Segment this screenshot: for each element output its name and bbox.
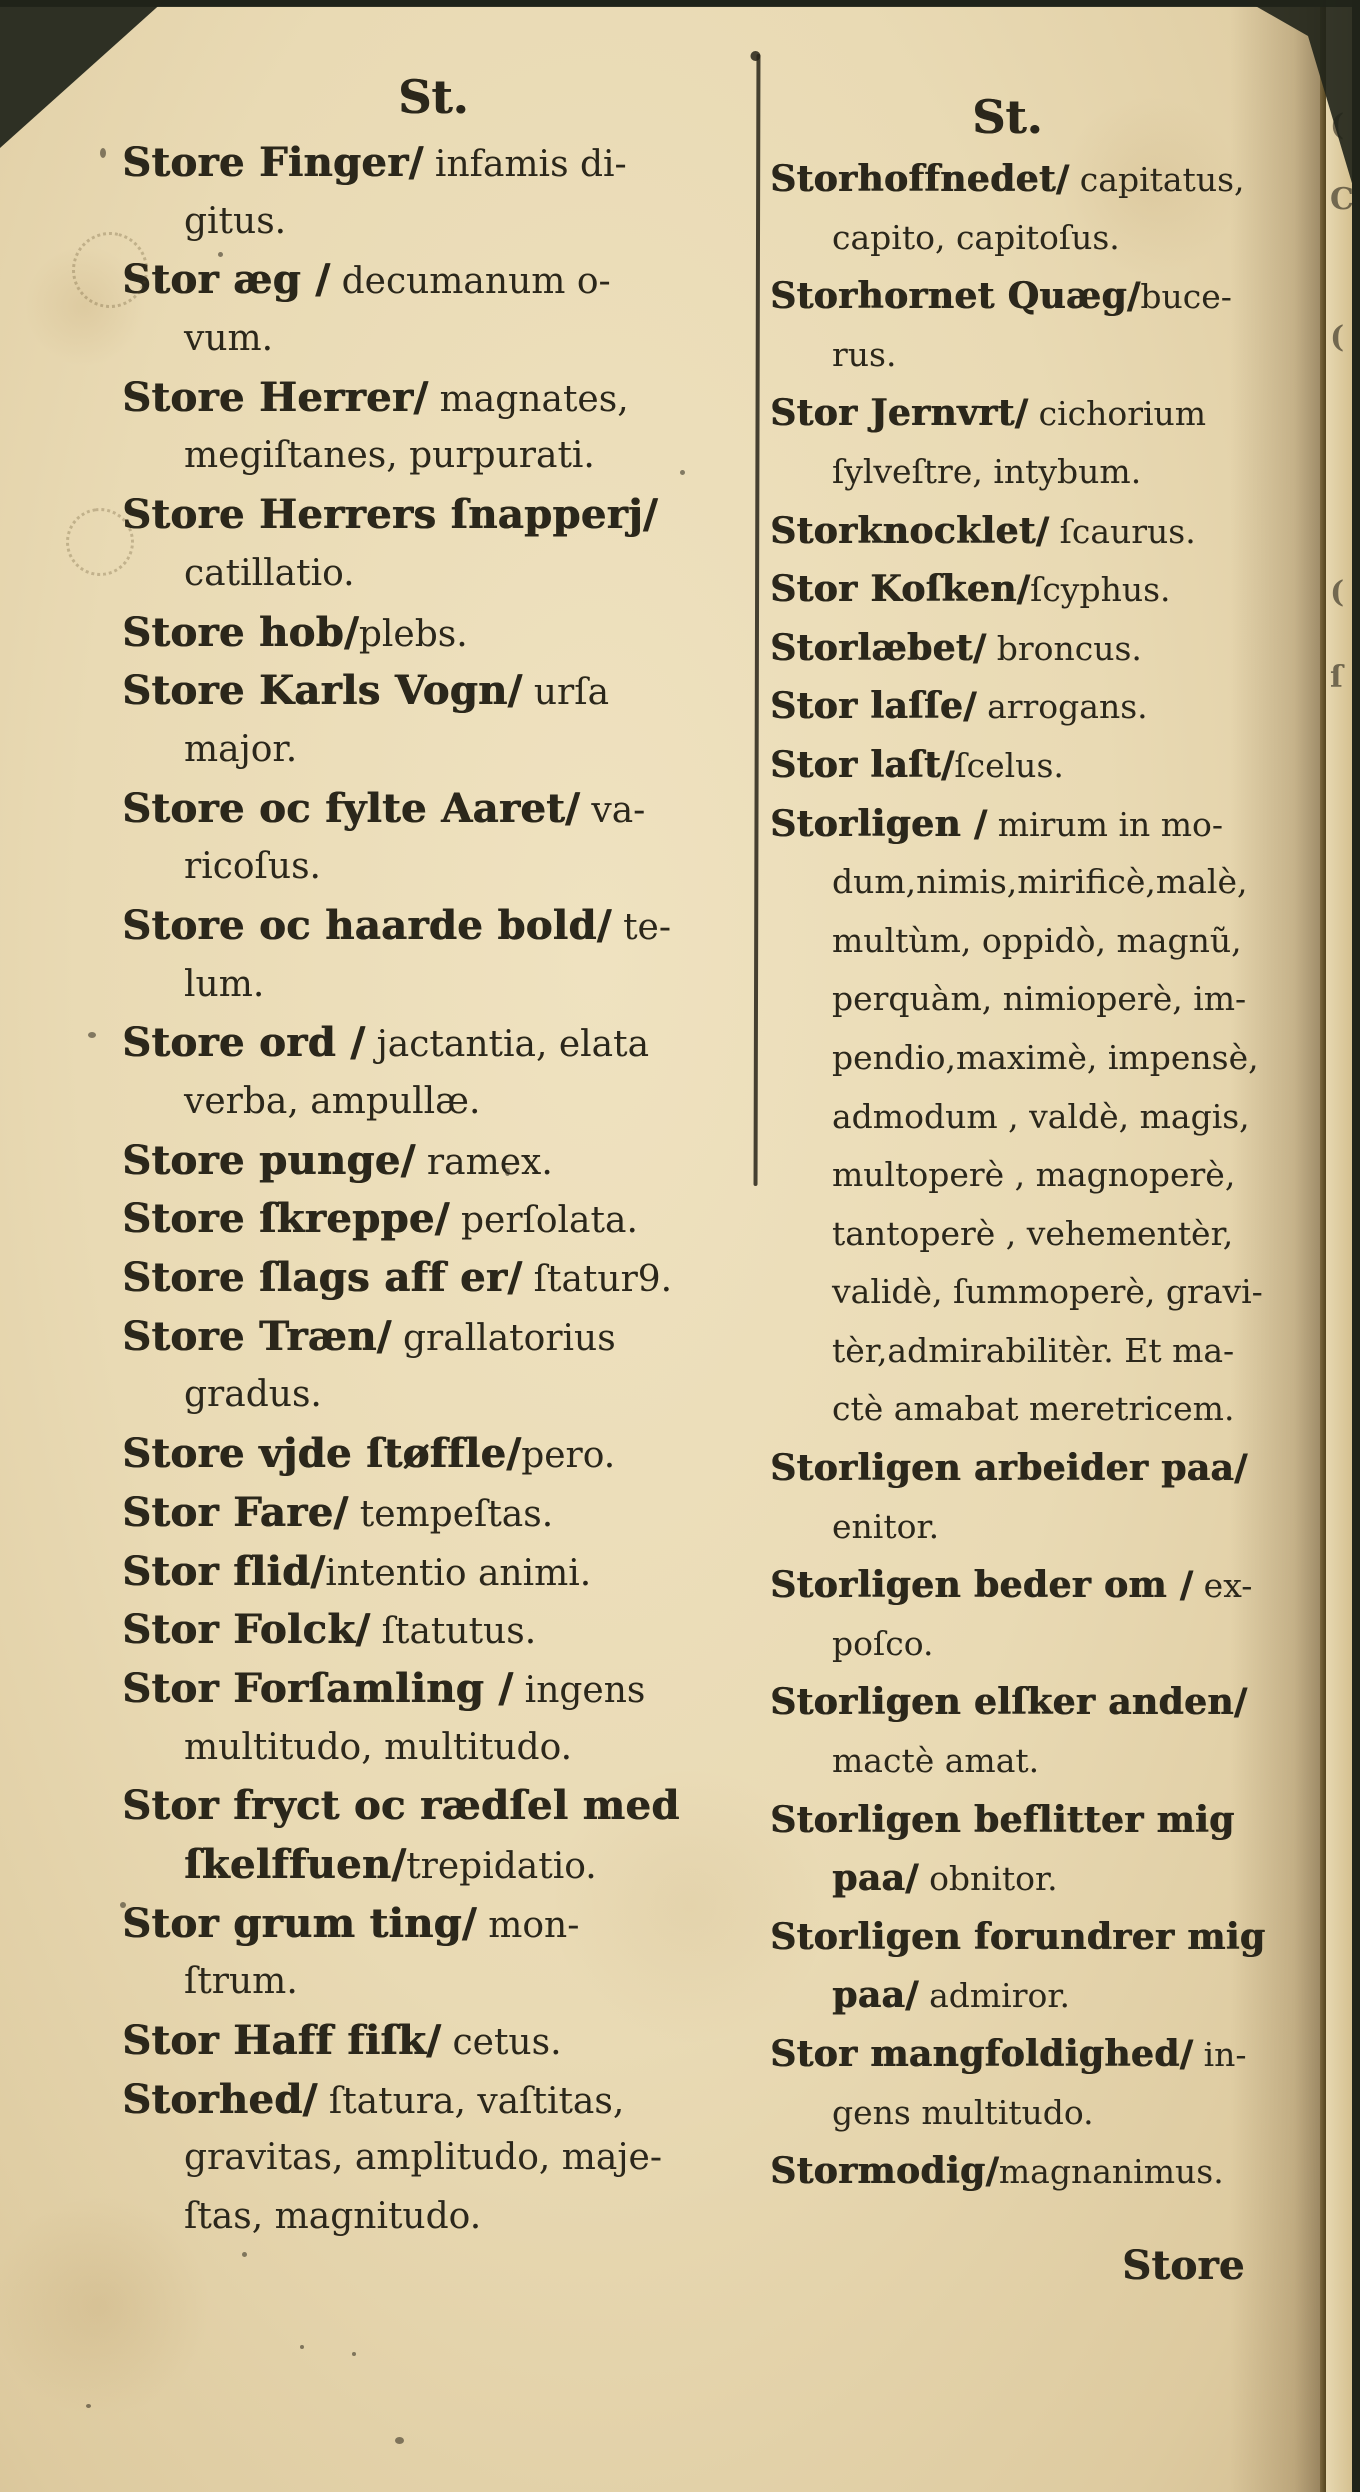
latin-gloss-text: vum. — [184, 318, 273, 359]
latin-gloss-text: pero. — [521, 1435, 615, 1476]
dictionary-entry-line: Store vjde ſtøffle/pero. — [122, 1425, 770, 1484]
latin-gloss-text: urſa — [522, 672, 609, 713]
dictionary-entry-line: Store Træn/ grallatorius — [122, 1308, 770, 1367]
headword-text: Store oc fylte Aaret/ — [122, 785, 580, 832]
headword-text: Store Træn/ — [122, 1313, 392, 1360]
catchword: Store — [1122, 2242, 1245, 2289]
ink-speck — [680, 470, 685, 475]
latin-gloss-text: major. — [184, 729, 297, 770]
dictionary-entry-line: major. — [122, 721, 770, 780]
latin-gloss-text: gitus. — [184, 201, 286, 242]
headword-text: Stor mangfoldighed/ — [770, 2033, 1193, 2075]
dictionary-entry-line: megiſtanes, purpurati. — [122, 427, 770, 486]
dictionary-entry-line: Storknocklet/ ſcaurus. — [770, 502, 1275, 561]
dictionary-entry-line: Store ſlags aff er/ ſtatur9. — [122, 1249, 770, 1308]
ink-speck — [300, 2345, 304, 2349]
latin-gloss-text: multùm, oppidò, magnũ, — [832, 921, 1242, 960]
headword-text: Storligen / — [770, 803, 987, 845]
latin-gloss-text: capitatus, — [1069, 160, 1244, 199]
dictionary-entry-line: gradus. — [122, 1366, 770, 1425]
ink-speck — [218, 252, 223, 257]
latin-gloss-text: perſolata. — [450, 1200, 638, 1241]
latin-gloss-text: catillatio. — [184, 553, 355, 594]
latin-gloss-text: ſylveſtre, intybum. — [832, 452, 1141, 491]
dictionary-entry-line: ſtrum. — [122, 1953, 770, 2012]
dictionary-entry-line: Stor Forſamling / ingens — [122, 1660, 770, 1719]
dictionary-entry-line: Stor Jernvrt/ cichorium — [770, 384, 1275, 443]
ink-speck — [120, 1902, 126, 1908]
latin-gloss-text: lum. — [184, 964, 264, 1005]
left-column: Store Finger/ infamis di-gitus.Stor æg /… — [122, 134, 770, 2247]
latin-gloss-text: cetus. — [441, 2022, 561, 2063]
latin-gloss-text: plebs. — [359, 614, 468, 655]
dictionary-entry-line: multùm, oppidò, magnũ, — [770, 912, 1275, 971]
latin-gloss-text: magnanimus. — [999, 2152, 1224, 2191]
dictionary-entry-line: vum. — [122, 310, 770, 369]
dictionary-entry-line: Storlæbet/ broncus. — [770, 619, 1275, 678]
dictionary-entry-line: Store oc fylte Aaret/ va- — [122, 780, 770, 839]
dictionary-entry-line: Store ſkreppe/ perſolata. — [122, 1190, 770, 1249]
dictionary-entry-line: dum,nimis,mirificè,malè, — [770, 853, 1275, 912]
headword-text: paa/ — [832, 1974, 919, 2016]
dictionary-entry-line: rus. — [770, 326, 1275, 385]
latin-gloss-text: tempeſtas. — [348, 1494, 553, 1535]
dictionary-entry-line: Storligen elſker anden/ — [770, 1673, 1275, 1732]
latin-gloss-text: ſtas, magnitudo. — [184, 2196, 481, 2237]
headword-text: Storlæbet/ — [770, 627, 986, 669]
headword-text: Stor Forſamling / — [122, 1665, 513, 1712]
latin-gloss-text: grallatorius — [392, 1318, 616, 1359]
latin-gloss-text: ſtatur9. — [522, 1259, 672, 1300]
latin-gloss-text: ſtrum. — [184, 1961, 298, 2002]
right-column: Storhoffnedet/ capitatus,capito, capitoſ… — [770, 150, 1275, 2201]
latin-gloss-text: gravitas, amplitudo, maje- — [184, 2137, 662, 2178]
running-header-right: St. — [972, 90, 1042, 144]
headword-text: Store ſkreppe/ — [122, 1195, 450, 1242]
latin-gloss-text: gens multitudo. — [832, 2093, 1094, 2132]
latin-gloss-text: ex- — [1193, 1566, 1252, 1605]
latin-gloss-text: dum,nimis,mirificè,malè, — [832, 862, 1247, 901]
headword-text: Store punge/ — [122, 1137, 415, 1184]
latin-gloss-text: validè, ſummoperè, gravi- — [832, 1272, 1263, 1311]
adjacent-page-text-fragment: C — [1330, 182, 1352, 217]
headword-text: Stor flid/ — [122, 1548, 325, 1595]
dictionary-entry-line: Store hob/plebs. — [122, 604, 770, 663]
headword-text: Storligen beder om / — [770, 1564, 1193, 1606]
dictionary-entry-line: ſtas, magnitudo. — [122, 2188, 770, 2247]
ink-speck — [352, 2352, 356, 2356]
dictionary-entry-line: lum. — [122, 956, 770, 1015]
dictionary-entry-line: pendio,maximè, impensè, — [770, 1029, 1275, 1088]
latin-gloss-text: infamis di- — [423, 144, 626, 185]
dictionary-entry-line: paa/ obnitor. — [770, 1849, 1275, 1908]
latin-gloss-text: capito, capitoſus. — [832, 218, 1120, 257]
latin-gloss-text: mirum in mo- — [987, 805, 1223, 844]
latin-gloss-text: ricoſus. — [184, 846, 321, 887]
dictionary-entry-line: gravitas, amplitudo, maje- — [122, 2129, 770, 2188]
latin-gloss-text: rus. — [832, 335, 896, 374]
latin-gloss-text: broncus. — [986, 629, 1142, 668]
headword-text: Stor fryct oc rædſel med — [122, 1782, 679, 1829]
ink-speck — [395, 2437, 404, 2444]
dictionary-entry-line: Stor laſſe/ arrogans. — [770, 677, 1275, 736]
dictionary-entry-line: Storligen forundrer mig — [770, 1908, 1275, 1967]
latin-gloss-text: in- — [1193, 2035, 1246, 2074]
dictionary-entry-line: ſkelffuen/trepidatio. — [122, 1836, 770, 1895]
dictionary-entry-line: verba, ampullæ. — [122, 1073, 770, 1132]
dictionary-entry-line: Stor Haff fiſk/ cetus. — [122, 2012, 770, 2071]
headword-text: Stor grum ting/ — [122, 1900, 477, 1947]
dictionary-entry-line: perquàm, nimioperè, im- — [770, 970, 1275, 1029]
latin-gloss-text: ſtatutus. — [370, 1611, 536, 1652]
latin-gloss-text: ramex. — [415, 1142, 552, 1183]
dictionary-entry-line: Store ord / jactantia, elata — [122, 1014, 770, 1073]
latin-gloss-text: obnitor. — [919, 1859, 1058, 1898]
headword-text: Stor Haff fiſk/ — [122, 2017, 441, 2064]
dictionary-entry-line: Storligen arbeider paa/ — [770, 1439, 1275, 1498]
adjacent-page-text-fragment: ( — [1330, 575, 1344, 610]
dictionary-entry-line: Stormodig/magnanimus. — [770, 2142, 1275, 2201]
adjacent-page-text-fragment: ſ — [1330, 660, 1343, 695]
latin-gloss-text: ſcaurus. — [1049, 512, 1196, 551]
latin-gloss-text: cichorium — [1028, 394, 1206, 433]
latin-gloss-text: te- — [612, 907, 671, 948]
dictionary-entry-line: Stor Folck/ ſtatutus. — [122, 1601, 770, 1660]
headword-text: Stor Jernvrt/ — [770, 392, 1028, 434]
latin-gloss-text: intentio animi. — [325, 1553, 591, 1594]
latin-gloss-text: admodum , valdè, magis, — [832, 1097, 1250, 1136]
headword-text: Stor Koſken/ — [770, 568, 1030, 610]
headword-text: Storligen forundrer mig — [770, 1916, 1265, 1958]
latin-gloss-text: enitor. — [832, 1507, 939, 1546]
dictionary-entry-line: Storligen beder om / ex- — [770, 1556, 1275, 1615]
dictionary-entry-line: Store Herrer/ magnates, — [122, 369, 770, 428]
latin-gloss-text: ſcyphus. — [1030, 570, 1170, 609]
headword-text: Store Karls Vogn/ — [122, 667, 522, 714]
dictionary-entry-line: Storligen beflitter mig — [770, 1791, 1275, 1850]
latin-gloss-text: tèr,admirabilitèr. Et ma- — [832, 1331, 1234, 1370]
headword-text: Storhed/ — [122, 2076, 317, 2123]
headword-text: Store ſlags aff er/ — [122, 1254, 522, 1301]
latin-gloss-text: pendio,maximè, impensè, — [832, 1038, 1259, 1077]
latin-gloss-text: tantoperè , vehementèr, — [832, 1214, 1233, 1253]
headword-text: Stormodig/ — [770, 2150, 999, 2192]
latin-gloss-text: multitudo, multitudo. — [184, 1727, 572, 1768]
headword-text: Storligen arbeider paa/ — [770, 1447, 1248, 1489]
dictionary-entry-line: Store Finger/ infamis di- — [122, 134, 770, 193]
headword-text: Storligen elſker anden/ — [770, 1681, 1247, 1723]
dictionary-entry-line: Stor Fare/ tempeſtas. — [122, 1484, 770, 1543]
headword-text: Store Finger/ — [122, 139, 423, 186]
ink-speck — [242, 2252, 247, 2257]
headword-text: Store Herrer/ — [122, 374, 428, 421]
latin-gloss-text: arrogans. — [977, 687, 1148, 726]
latin-gloss-text: poſco. — [832, 1624, 933, 1663]
dictionary-entry-line: Storhed/ ſtatura, vaſtitas, — [122, 2071, 770, 2130]
dictionary-entry-line: Stor Koſken/ſcyphus. — [770, 560, 1275, 619]
latin-gloss-text: decumanum o- — [330, 261, 611, 302]
latin-gloss-text: jactantia, elata — [365, 1024, 649, 1065]
latin-gloss-text: megiſtanes, purpurati. — [184, 435, 595, 476]
latin-gloss-text: ſcelus. — [954, 746, 1063, 785]
ink-speck — [88, 1032, 96, 1038]
scan-background-top — [0, 0, 1360, 7]
dictionary-entry-line: admodum , valdè, magis, — [770, 1088, 1275, 1147]
running-header-left: St. — [398, 70, 468, 124]
headword-text: Store vjde ſtøffle/ — [122, 1430, 521, 1477]
dictionary-entry-line: Store Karls Vogn/ urſa — [122, 662, 770, 721]
headword-text: Storhoffnedet/ — [770, 158, 1069, 200]
dictionary-entry-line: multitudo, multitudo. — [122, 1719, 770, 1778]
dictionary-entry-line: enitor. — [770, 1498, 1275, 1557]
dictionary-entry-line: Stor æg / decumanum o- — [122, 251, 770, 310]
dictionary-entry-line: Stor fryct oc rædſel med — [122, 1777, 770, 1836]
adjacent-page-sliver: (C((ſ — [1326, 0, 1352, 2492]
latin-gloss-text: ingens — [513, 1670, 645, 1711]
dictionary-entry-line: mactè amat. — [770, 1732, 1275, 1791]
dictionary-entry-line: Stor laſt/ſcelus. — [770, 736, 1275, 795]
dictionary-entry-line: multoperè , magnoperè, — [770, 1146, 1275, 1205]
scan-background-right — [1352, 0, 1360, 2492]
headword-text: Stor Folck/ — [122, 1606, 370, 1653]
latin-gloss-text: buce- — [1140, 277, 1232, 316]
latin-gloss-text: verba, ampullæ. — [184, 1081, 480, 1122]
dictionary-entry-line: Store oc haarde bold/ te- — [122, 897, 770, 956]
latin-gloss-text: magnates, — [428, 379, 628, 420]
latin-gloss-text: gradus. — [184, 1374, 322, 1415]
latin-gloss-text: mon- — [477, 1905, 580, 1946]
adjacent-page-text-fragment: ( — [1330, 320, 1344, 355]
latin-gloss-text: perquàm, nimioperè, im- — [832, 979, 1246, 1018]
dictionary-entry-line: paa/ admiror. — [770, 1966, 1275, 2025]
headword-text: Storligen beflitter mig — [770, 1799, 1234, 1841]
dictionary-entry-line: Stor flid/intentio animi. — [122, 1543, 770, 1602]
dictionary-entry-line: Stor grum ting/ mon- — [122, 1895, 770, 1954]
dictionary-entry-line: gitus. — [122, 193, 770, 252]
latin-gloss-text: multoperè , magnoperè, — [832, 1155, 1235, 1194]
dictionary-entry-line: Storhoffnedet/ capitatus, — [770, 150, 1275, 209]
dictionary-entry-line: Storligen / mirum in mo- — [770, 795, 1275, 854]
latin-gloss-text: trepidatio. — [406, 1846, 597, 1887]
dictionary-entry-line: ricoſus. — [122, 838, 770, 897]
ink-speck — [100, 148, 106, 158]
dictionary-entry-line: Store punge/ ramex. — [122, 1132, 770, 1191]
headword-text: Store oc haarde bold/ — [122, 902, 612, 949]
headword-text: Stor laſt/ — [770, 744, 954, 786]
dictionary-entry-line: Storhornet Quæg/buce- — [770, 267, 1275, 326]
dictionary-entry-line: tèr,admirabilitèr. Et ma- — [770, 1322, 1275, 1381]
headword-text: Stor Fare/ — [122, 1489, 348, 1536]
dictionary-entry-line: tantoperè , vehementèr, — [770, 1205, 1275, 1264]
headword-text: Store hob/ — [122, 609, 359, 656]
dictionary-entry-line: poſco. — [770, 1615, 1275, 1674]
dictionary-entry-line: ctè amabat meretricem. — [770, 1380, 1275, 1439]
book-page-scan: (C((ſ St. St. Store Finger/ infamis di-g… — [0, 0, 1360, 2492]
dictionary-entry-line: gens multitudo. — [770, 2084, 1275, 2143]
dictionary-entry-line: Store Herrers ſnapperj/ — [122, 486, 770, 545]
headword-text: Storhornet Quæg/ — [770, 275, 1140, 317]
latin-gloss-text: mactè amat. — [832, 1741, 1039, 1780]
headword-text: Store Herrers ſnapperj/ — [122, 491, 658, 538]
headword-text: Storknocklet/ — [770, 510, 1049, 552]
dictionary-entry-line: catillatio. — [122, 545, 770, 604]
dictionary-entry-line: ſylveſtre, intybum. — [770, 443, 1275, 502]
latin-gloss-text: va- — [580, 790, 645, 831]
headword-text: Stor æg / — [122, 256, 330, 303]
dictionary-entry-line: Stor mangfoldighed/ in- — [770, 2025, 1275, 2084]
latin-gloss-text: ctè amabat meretricem. — [832, 1389, 1234, 1428]
dictionary-entry-line: validè, ſummoperè, gravi- — [770, 1263, 1275, 1322]
headword-text: Store ord / — [122, 1019, 365, 1066]
ink-speck — [86, 2404, 91, 2408]
latin-gloss-text: ſtatura, vaſtitas, — [317, 2081, 624, 2122]
ink-speck — [505, 1168, 510, 1176]
dictionary-entry-line: capito, capitoſus. — [770, 209, 1275, 268]
headword-text: paa/ — [832, 1857, 919, 1899]
headword-text: ſkelffuen/ — [184, 1841, 406, 1888]
latin-gloss-text: admiror. — [919, 1976, 1070, 2015]
headword-text: Stor laſſe/ — [770, 685, 977, 727]
